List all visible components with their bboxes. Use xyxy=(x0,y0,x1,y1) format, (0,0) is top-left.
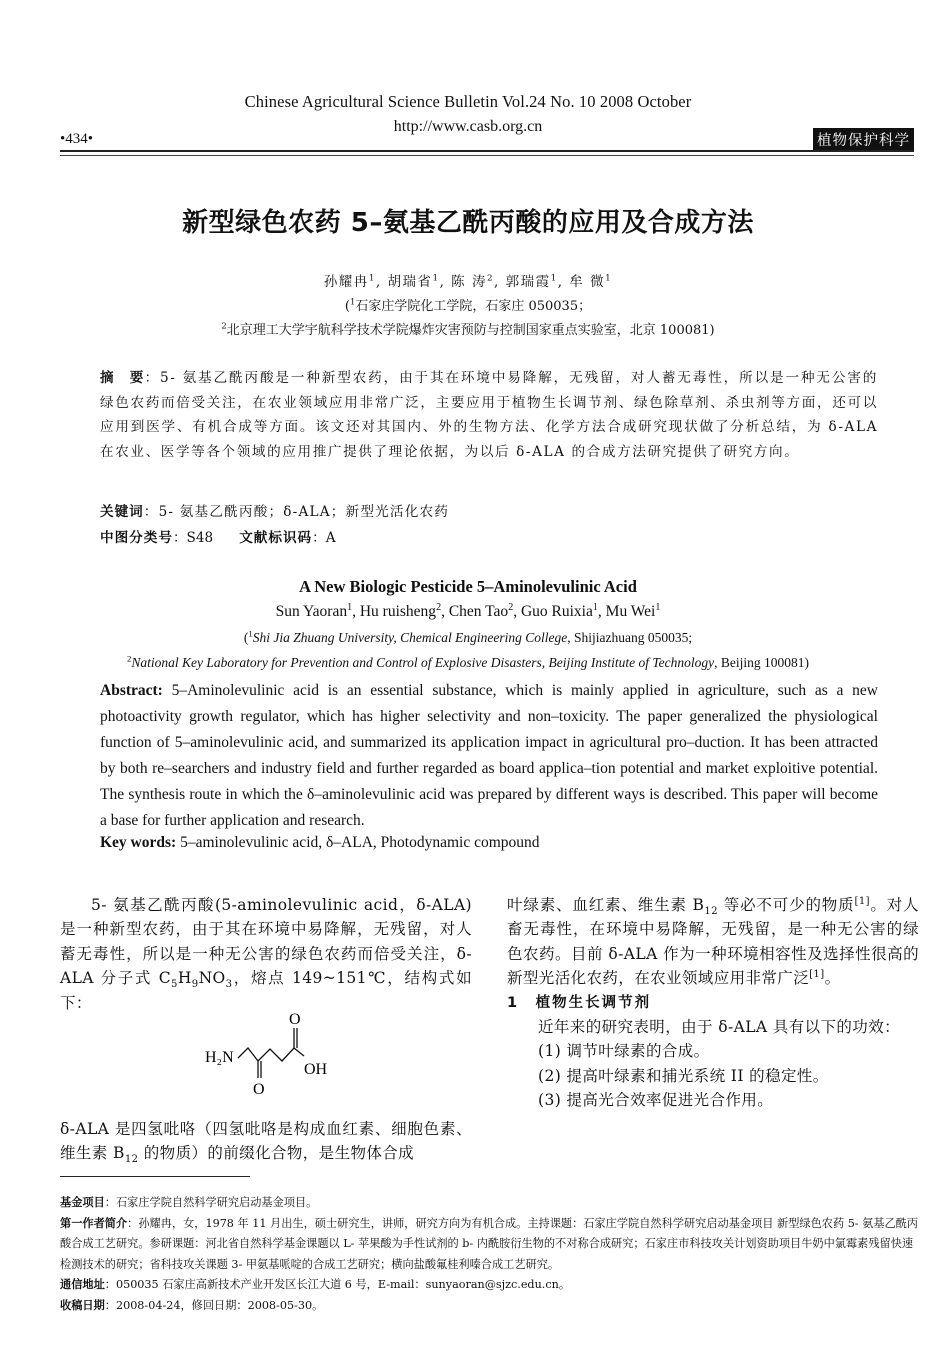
formula: NO xyxy=(199,969,226,987)
author-aff-mark: 1 xyxy=(369,274,376,284)
author-aff-mark: 1 xyxy=(432,274,439,284)
effect-item: (1) 调节叶绿素的合成。 xyxy=(507,1039,919,1063)
formula: C xyxy=(159,969,171,987)
body-right-column: 叶绿素、血红素、维生素 B12 等必不可少的物质[1]。对人畜无毒性，在环境中易… xyxy=(507,893,919,1113)
abstract-cn-text: ：5- 氨基乙酰丙酸是一种新型农药，由于其在环境中易降解，无残留，对人蓄无毒性，… xyxy=(100,370,878,460)
fn-label: 第一作者简介 xyxy=(60,1217,127,1230)
keywords-cn-text: ：5- 氨基乙酰丙酸；δ-ALA；新型光活化农药 xyxy=(144,504,449,520)
keywords-en-label: Key words: xyxy=(100,834,176,851)
effect-item: (3) 提高光合效率促进光合作用。 xyxy=(507,1088,919,1112)
body-paragraph: 5- 氨基乙酰丙酸(5-aminolevulinic acid，δ-ALA)是一… xyxy=(60,893,472,1015)
sub: 12 xyxy=(704,906,718,917)
clc-label: 中图分类号 xyxy=(100,530,173,546)
aff-italic: National Key Laboratory for Prevention a… xyxy=(131,655,714,670)
text: 等必不可少的物质 xyxy=(718,896,855,914)
body-left-column: 5- 氨基乙酰丙酸(5-aminolevulinic acid，δ-ALA)是一… xyxy=(60,893,472,1015)
author-cn: 孙耀冉 xyxy=(324,274,369,290)
affiliation-cn-1: (1石家庄学院化工学院，石家庄 050035； xyxy=(0,295,936,314)
fn-label: 通信地址 xyxy=(60,1278,105,1291)
ketone-oxygen: O xyxy=(253,1081,265,1096)
doc-code-value: ：A xyxy=(312,530,335,546)
page-number: •434• xyxy=(60,131,93,148)
author-cn: 牟 微 xyxy=(569,274,605,290)
keywords-en: Key words: 5–aminolevulinic acid, δ–ALA,… xyxy=(100,834,540,852)
affiliation-en-2: 2National Key Laboratory for Prevention … xyxy=(0,655,936,671)
affiliation-cn-2: 2北京理工大学宇航科学技术学院爆炸灾害预防与控制国家重点实验室，北京 10008… xyxy=(0,319,936,338)
author-en: Guo Ruixia xyxy=(521,603,593,620)
hydroxyl-label: OH xyxy=(304,1061,328,1078)
author-aff-mark: 1 xyxy=(551,274,558,284)
journal-header: Chinese Agricultural Science Bulletin Vo… xyxy=(0,92,936,112)
paper-title-cn: 新型绿色农药 5–氨基乙酰丙酸的应用及合成方法 xyxy=(0,202,936,239)
text: 的物质）的前缀化合物，是生物体合成 xyxy=(138,1144,414,1162)
header-rule-thin xyxy=(60,155,914,156)
header-rule-thick xyxy=(60,150,914,152)
aff-rest: , Beijing 100081) xyxy=(714,655,809,670)
body-paragraph: 叶绿素、血红素、维生素 B12 等必不可少的物质[1]。对人畜无毒性，在环境中易… xyxy=(507,893,919,991)
classification-cn: 中图分类号：S48文献标识码：A xyxy=(100,526,336,546)
text: 。 xyxy=(825,969,841,987)
fn-text: ：孙耀冉，女，1978 年 11 月出生，硕士研究生，讲师，研究方向为有机合成。… xyxy=(60,1217,918,1271)
author-aff-mark: 2 xyxy=(436,602,441,613)
author-aff-mark: 1 xyxy=(593,602,598,613)
affiliation-en-1: (1Shi Jia Zhuang University, Chemical En… xyxy=(0,630,936,646)
sub: 12 xyxy=(125,1154,139,1165)
author-en: Hu ruisheng xyxy=(360,603,436,620)
author-cn: 陈 涛 xyxy=(451,274,487,290)
journal-url[interactable]: http://www.casb.org.cn xyxy=(0,118,936,136)
author-en: Sun Yaoran xyxy=(276,603,347,620)
footnote-dates: 收稿日期：2008-04-24，修回日期：2008-05-30。 xyxy=(60,1296,920,1317)
footnote-author: 第一作者简介：孙耀冉，女，1978 年 11 月出生，硕士研究生，讲师，研究方向… xyxy=(60,1214,920,1276)
author-aff-mark: 2 xyxy=(508,602,513,613)
fn-label: 收稿日期 xyxy=(60,1299,105,1312)
fn-label: 基金项目 xyxy=(60,1196,105,1209)
sub: 9 xyxy=(192,979,199,990)
section-heading-1: 1 植物生长调节剂 xyxy=(507,991,919,1015)
author-aff-mark: 1 xyxy=(655,602,660,613)
body-left-column-cont: δ-ALA 是四氢吡咯（四氢吡咯是构成血红素、细胞色素、维生素 B12 的物质）… xyxy=(60,1101,472,1181)
footnotes: 基金项目：石家庄学院自然科学研究启动基金项目。 第一作者简介：孙耀冉，女，197… xyxy=(60,1193,920,1317)
paper-title-en: A New Biologic Pesticide 5–Aminolevulini… xyxy=(0,577,936,597)
author-cn: 胡瑞省 xyxy=(387,274,432,290)
keywords-cn: 关键词：5- 氨基乙酰丙酸；δ-ALA；新型光活化农药 xyxy=(100,500,449,520)
aff-italic: Shi Jia Zhuang University, Chemical Engi… xyxy=(253,630,568,645)
citation-ref[interactable]: [1] xyxy=(809,969,824,980)
aff-text: 石家庄学院化工学院，石家庄 050035； xyxy=(355,299,591,314)
section-tag: 植物保护科学 xyxy=(813,128,914,151)
sub: 5 xyxy=(171,979,178,990)
author-en: Chen Tao xyxy=(449,603,508,620)
formula: H xyxy=(178,969,192,987)
author-aff-mark: 1 xyxy=(605,274,612,284)
abstract-en-label: Abstract: xyxy=(100,682,163,699)
effect-item: (2) 提高叶绿素和捕光系统 II 的稳定性。 xyxy=(507,1064,919,1088)
clc-value: ：S48 xyxy=(173,530,213,546)
abstract-en-text: 5–Aminolevulinic acid is an essential su… xyxy=(100,682,878,829)
aff-rest: , Shijiazhuang 050035; xyxy=(567,630,692,645)
amine-label: H₂N xyxy=(205,1049,234,1066)
footnote-fund: 基金项目：石家庄学院自然科学研究启动基金项目。 xyxy=(60,1193,920,1214)
text: 叶绿素、血红素、维生素 B xyxy=(507,896,704,914)
author-en: Mu Wei xyxy=(606,603,656,620)
aff-text: 北京理工大学宇航科学技术学院爆炸灾害预防与控制国家重点实验室，北京 100081… xyxy=(227,323,715,338)
doc-code-label: 文献标识码 xyxy=(239,530,312,546)
keywords-en-text: 5–aminolevulinic acid, δ–ALA, Photodynam… xyxy=(176,834,539,851)
abstract-cn-label: 摘 要 xyxy=(100,370,145,386)
fn-text: ：050035 石家庄高新技术产业开发区长江大道 6 号，E-mail：suny… xyxy=(105,1278,570,1291)
authors-en: Sun Yaoran1, Hu ruisheng2, Chen Tao2, Gu… xyxy=(0,603,936,621)
footnote-address: 通信地址：050035 石家庄高新技术产业开发区长江大道 6 号，E-mail：… xyxy=(60,1275,920,1296)
acid-oxygen: O xyxy=(289,1011,301,1028)
fn-text: ：2008-04-24，修回日期：2008-05-30。 xyxy=(105,1299,324,1312)
authors-cn: 孙耀冉1, 胡瑞省1, 陈 涛2, 郭瑞霞1, 牟 微1 xyxy=(0,270,936,290)
abstract-cn: 摘 要：5- 氨基乙酰丙酸是一种新型农药，由于其在环境中易降解，无残留，对人蓄无… xyxy=(100,366,878,464)
footnote-rule xyxy=(60,1176,250,1177)
fn-text: ：石家庄学院自然科学研究启动基金项目。 xyxy=(105,1196,318,1209)
abstract-en: Abstract: 5–Aminolevulinic acid is an es… xyxy=(100,678,878,834)
body-paragraph: δ-ALA 是四氢吡咯（四氢吡咯是构成血红素、细胞色素、维生素 B12 的物质）… xyxy=(60,1117,472,1166)
author-cn: 郭瑞霞 xyxy=(506,274,551,290)
structural-formula-ala: H₂N O O OH xyxy=(200,1006,340,1096)
author-aff-mark: 1 xyxy=(347,602,352,613)
citation-ref[interactable]: [1] xyxy=(855,896,870,907)
author-aff-mark: 2 xyxy=(487,274,494,284)
keywords-cn-label: 关键词 xyxy=(100,504,144,520)
body-paragraph: 近年来的研究表明，由于 δ-ALA 具有以下的功效： xyxy=(507,1015,919,1039)
